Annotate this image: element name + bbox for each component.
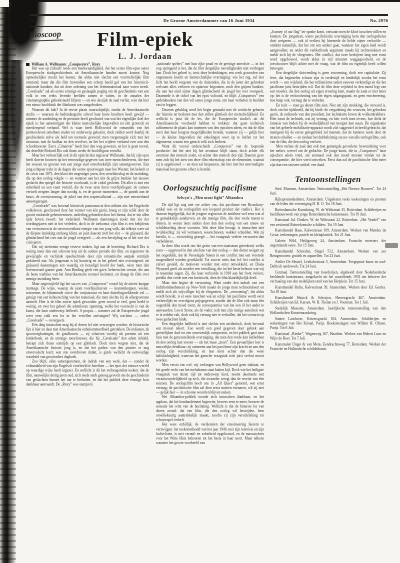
column-2: „nationale spelers” met hun rijke praal …: [156, 62, 264, 472]
article-film-col2-text: „nationale spelers” met hun rijke praal …: [156, 62, 264, 172]
listing-item: Centraal. Tentoonstelling van boerderije…: [270, 270, 386, 284]
scan-topline: [7, 0, 400, 2]
listing-item: Kunstzaal Jul. Donker, W. de Withstraat …: [270, 218, 386, 227]
listing-item: Kunstzaal „Bieder”, Wagenweg 167, Haarle…: [270, 332, 386, 341]
exhibition-listings: Sted. Museum, Amsterdam. Tentoonstelling…: [270, 187, 386, 352]
byline: L. J. Jordaan: [26, 52, 264, 61]
listing-item: Kunsthandel Buffa, Kalverstraat 39, Amst…: [270, 286, 386, 295]
scan-corner-notch: [0, 0, 9, 7]
paragraph: Waarom dit lukt? In de eerste plaats waa…: [26, 108, 149, 154]
paragraph: Maar het verheerlijkt ook in dit opzicht…: [26, 154, 149, 204]
article2-subtitle: Selwyn's „Men must fight” Alhambra: [156, 195, 264, 200]
header-rule-bottom: [30, 26, 388, 27]
article2-col2-text: De tijd ligt nog niet ver achter ons, da…: [156, 203, 264, 446]
listing-item: Galerie Wild, Heiligeweg 24, Amsterdam. …: [270, 239, 386, 248]
paragraph: Men verlate de zaal dan ook met gemengde…: [270, 144, 386, 167]
paragraph: Men versta ons wel: wij verlangen van Ho…: [156, 363, 264, 395]
paragraph: Het ware onbillijk, de verdiensten der e…: [156, 423, 264, 446]
paragraph: Het Alhambra-publiek toonde zich intussc…: [156, 395, 264, 422]
scan-mark-right: [385, 243, 398, 248]
listing-item: Kunsthandel Huinck & Scherjon, Heerengra…: [270, 296, 386, 305]
paragraph: Dat wij niettemin eenige reserve maken, …: [26, 245, 149, 282]
paragraph: In deze film wordt ons het gezin van een…: [156, 244, 264, 281]
article2-title: Oorlogszuchtig pacifisme: [156, 183, 264, 193]
column-1: William A. Wellmann: „Conquerors”, Roxy …: [26, 62, 149, 472]
listing-item: Atelier De Sleutel, Leidschestraat 5, Am…: [270, 260, 386, 269]
paragraph: Maar ongetwijfeld ligt het succes van „C…: [26, 282, 149, 323]
listing-item: Stedelijk Museum, Amsterdam. Jaarlijksch…: [270, 306, 386, 315]
paragraph: Eén ding intusschen mag bij al dezen lof…: [26, 323, 149, 360]
paragraph: Een dergelijke halfheid is niet slechts …: [156, 322, 264, 363]
paragraph: En toch — men ga dezen film zien. Niet o…: [270, 103, 386, 144]
listing-item: Kunstzalen Unger & van Mens, Eendrachtsw…: [270, 342, 386, 351]
paragraph: Een dergelijke slotwending is geen verzo…: [270, 71, 386, 103]
scan-blob-2: [8, 60, 24, 180]
listing-item: Sted. Museum, Amsterdam. Tentoonstelling…: [270, 187, 386, 196]
paragraph: Daarom gelukkig werd het begin gemaakt m…: [156, 108, 264, 145]
newspaper-page: 76 De Groene Amsterdammer van 16 Juni 19…: [0, 0, 400, 563]
article-film-col1-text: Het was op zichzelf reeds een merkwaardi…: [26, 67, 149, 387]
paragraph: „Journey of our flag” ter sprake komt, o…: [270, 30, 386, 71]
listing-item: Santee Landweer, Keizersgracht 184, Amst…: [270, 317, 386, 331]
listing-item: Rijksprentenkabinet, Amsterdam. Uitgelez…: [270, 197, 386, 206]
paragraph: De tijd ligt nog niet ver achter ons, da…: [156, 203, 264, 244]
paragraph: „Cavalcade” was bovenal historisch panor…: [26, 204, 149, 245]
listing-item: Rotterdamsche Kunstkring, W. de Withstra…: [270, 208, 386, 217]
article-title: Film-epiek: [26, 29, 264, 52]
paragraph: Maar dan begint de verwarring. Want onde…: [156, 281, 264, 322]
column-3: „Journey of our flag” ter sprake komt, o…: [270, 30, 386, 474]
article2-col3-text: „Journey of our flag” ter sprake komt, o…: [270, 30, 386, 167]
paragraph: Want dit vooral onderscheidt „Conquerors…: [156, 144, 264, 171]
paragraph: Zoo blijft, alles samengenomen, de indru…: [26, 360, 149, 387]
listing-item: Kunsthandel Schretlen, Singel 512, Amste…: [270, 250, 386, 259]
listing-item: Kunsthandel Haas, Kalverstraat 109, Amst…: [270, 229, 386, 238]
page-header: 76 De Groene Amsterdammer van 16 Juni 19…: [30, 15, 388, 26]
paragraph: Het was op zichzelf reeds een merkwaardi…: [26, 67, 149, 108]
paragraph: „nationale spelers” met hun rijke praal …: [156, 62, 264, 108]
listings-title: Tentoonstellingen: [270, 174, 386, 184]
masthead: De Groene Amsterdammer van 16 Juni 1934: [30, 18, 388, 23]
